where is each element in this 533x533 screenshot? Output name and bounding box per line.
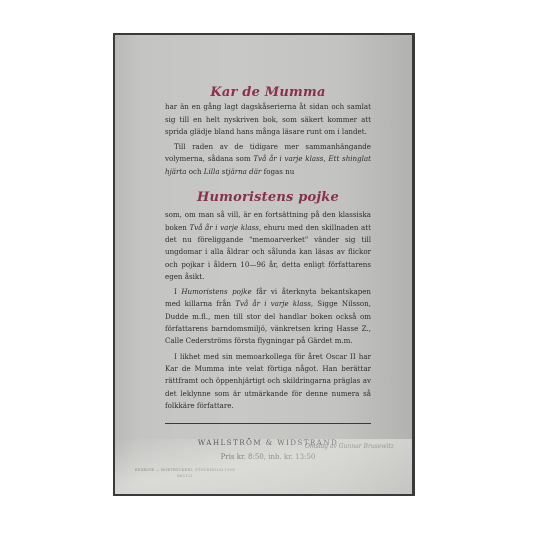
book-title: Två år i varje klass (235, 299, 311, 308)
divider-line (165, 423, 371, 424)
book-title: Två år i varje klass (253, 154, 323, 163)
cover-text-block: Kar de Mumma har än en gång lagt dagskås… (165, 87, 371, 464)
paragraph-characters: I Humoristens pojke får vi återknyta bek… (165, 286, 371, 347)
price-line: Pris kr. 8:50, inb. kr. 13:50 (165, 451, 371, 463)
book-title: Humoristens pojke (181, 287, 251, 296)
paragraph-previous-volumes: Till raden av de tidigare mer sammanhäng… (165, 141, 371, 178)
printer-imprint: ESSELTE — BOKTRYCKERI, STOCKHOLM 1958 86… (135, 467, 235, 479)
book-title-heading: Humoristens pojke (165, 192, 371, 204)
paragraph-description: som, om man så vill, är en fortsättning … (165, 209, 371, 283)
cover-credit: Omslag av Gunnar Brusewitz (305, 443, 394, 450)
paragraph-closing: I likhet med sin memoarkollega för året … (165, 351, 371, 412)
book-title: Två år i varje klass (189, 223, 258, 232)
book-back-cover: Kar de Mumma har än en gång lagt dagskås… (113, 33, 415, 496)
author-heading: Kar de Mumma (165, 87, 371, 99)
book-title: Lilla stjärna där (204, 167, 262, 176)
paragraph-intro: har än en gång lagt dagskåserierna åt si… (165, 101, 371, 138)
